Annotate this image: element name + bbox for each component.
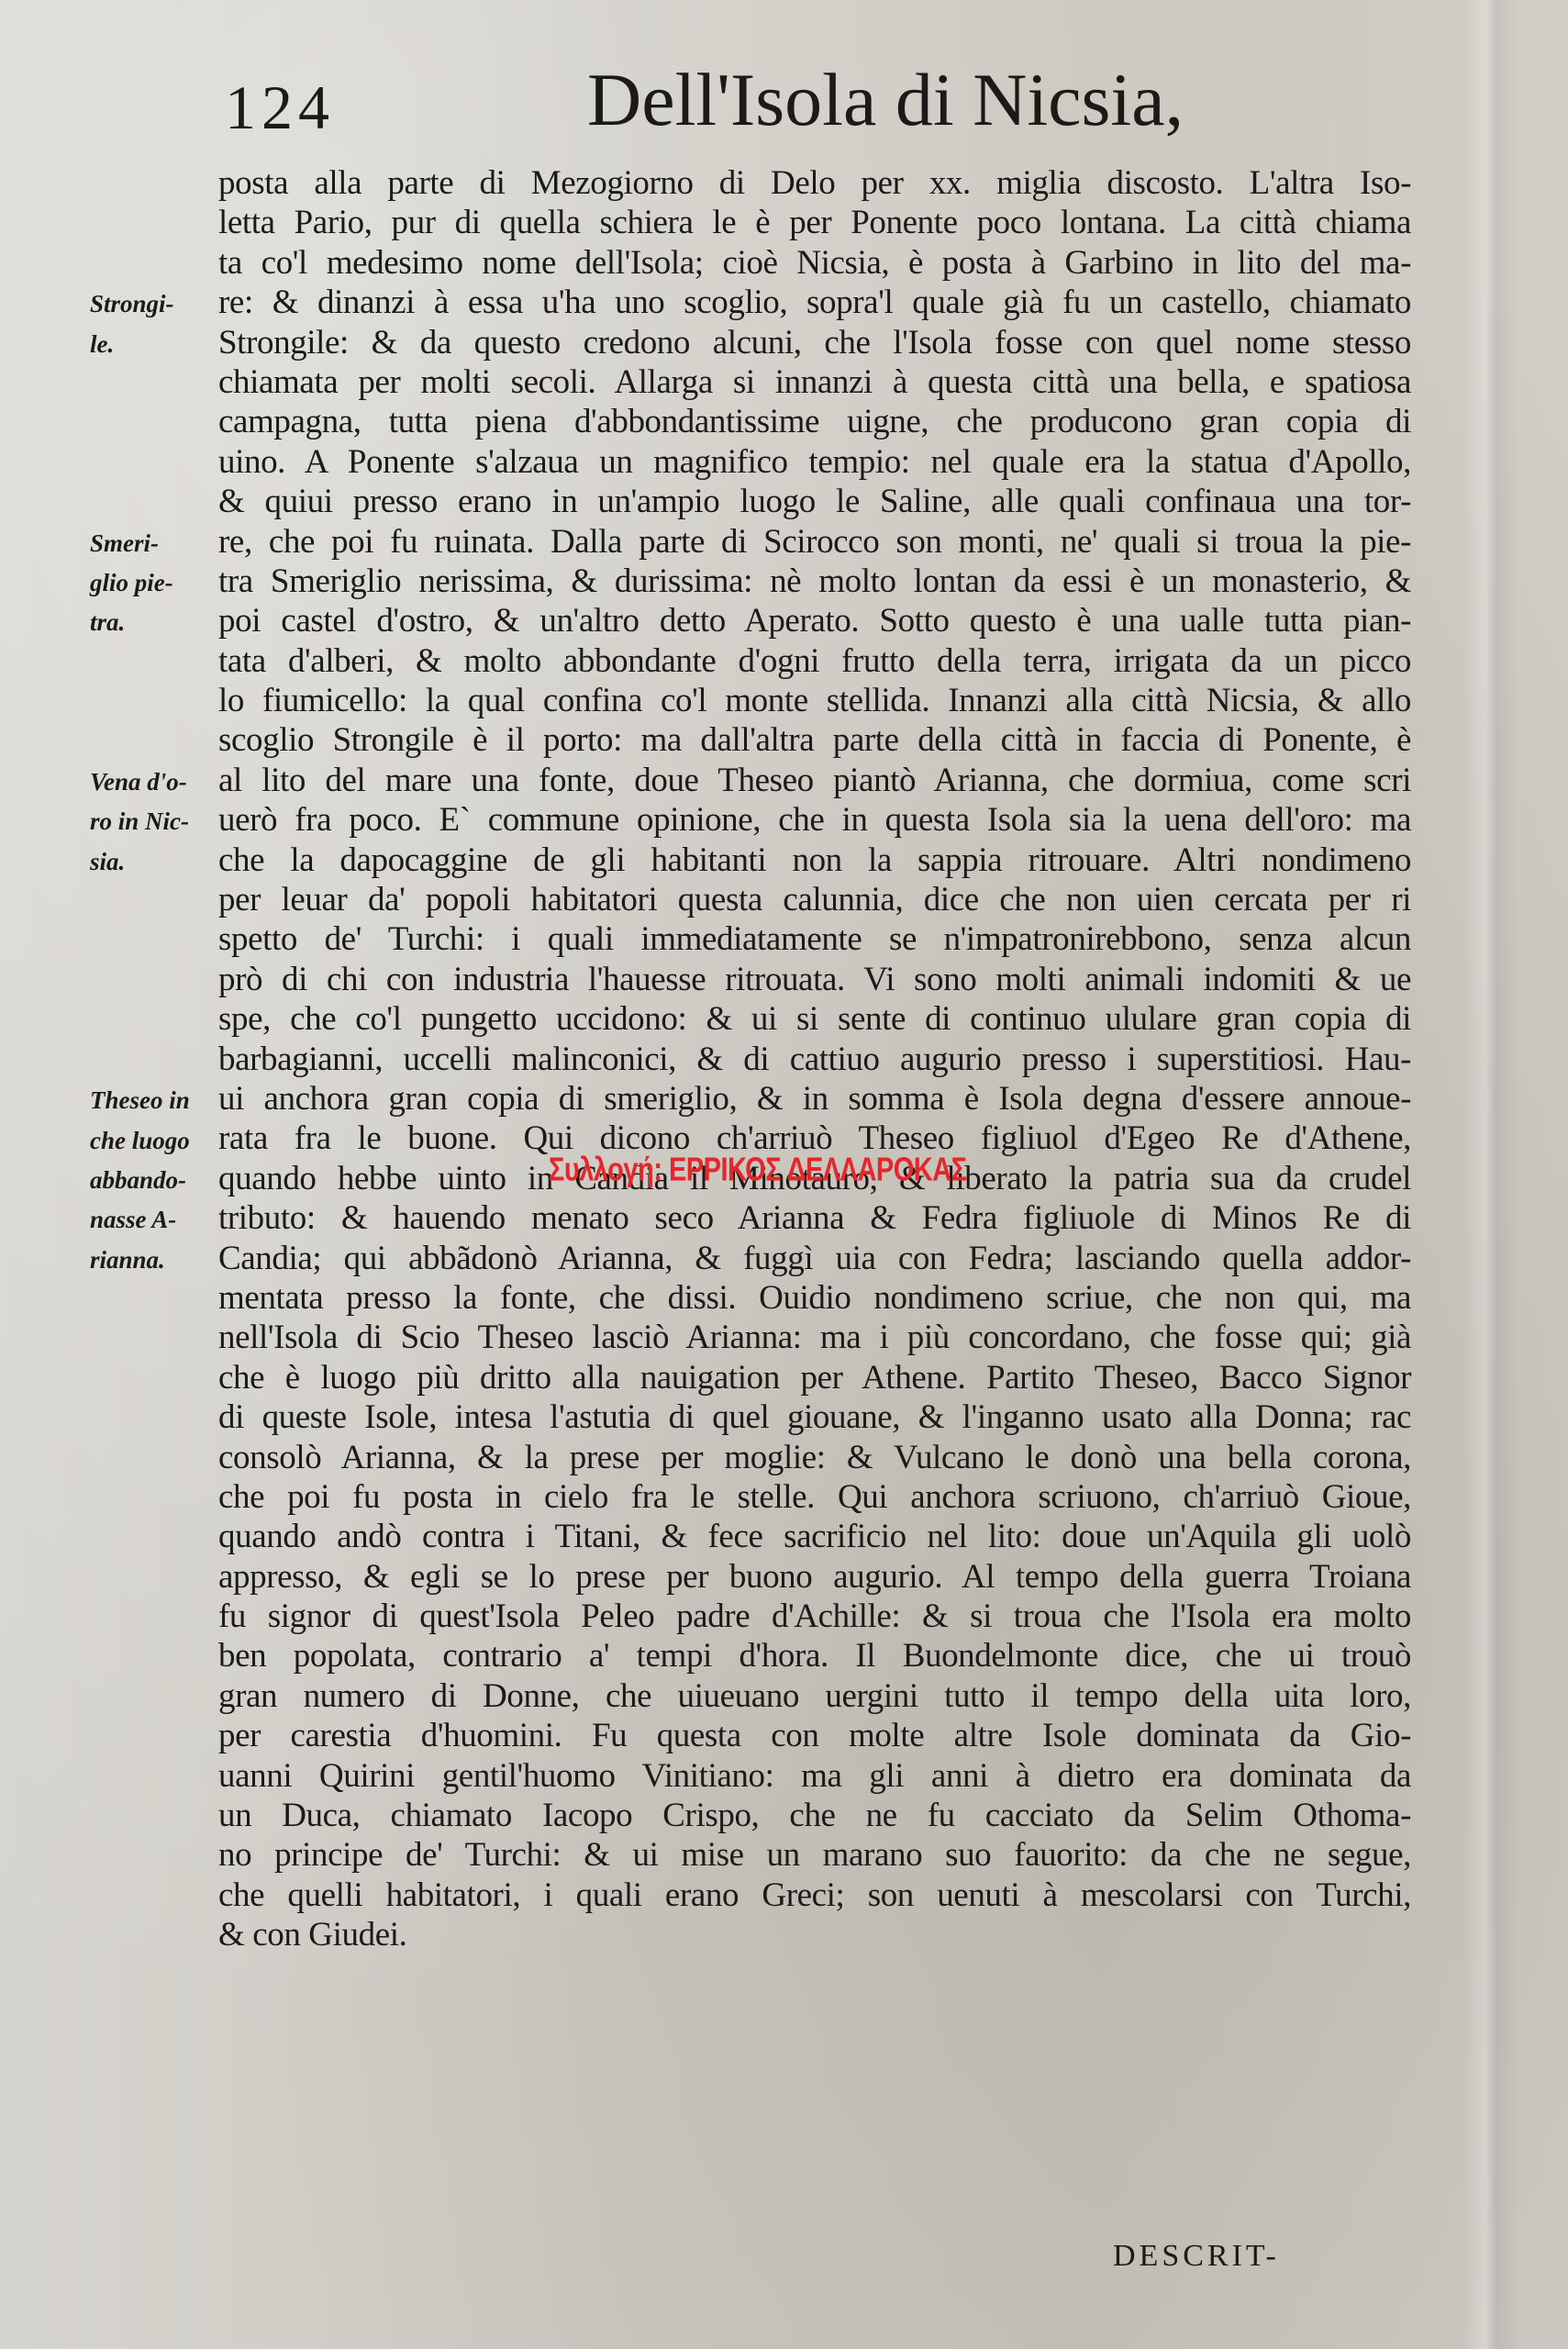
text-line: prò di chi con industria l'hauesse ritro… xyxy=(218,960,1411,999)
text-line: posta alla parte di Mezogiorno di Delo p… xyxy=(218,163,1411,203)
text-line: no principe de' Turchi: & ui mise un mar… xyxy=(218,1835,1411,1875)
collection-watermark: Συλλογή: ΕΡΡΙΚΟΣ ΔΕΛΛΑΡΟΚΑΣ xyxy=(549,1152,967,1189)
text-line: fu signor di quest'Isola Peleo padre d'A… xyxy=(218,1597,1411,1636)
text-line: per carestia d'huomini. Fu questa con mo… xyxy=(218,1716,1411,1755)
text-line: ben popolata, contrario a' tempi d'hora.… xyxy=(218,1636,1411,1675)
text-line: un Duca, chiamato Iacopo Crispo, che ne … xyxy=(218,1796,1411,1835)
text-line: che poi fu posta in cielo fra le stelle.… xyxy=(218,1477,1411,1517)
text-line: quando andò contra i Titani, & fece sacr… xyxy=(218,1517,1411,1556)
marginal-note: Smeri-glio pie-tra. xyxy=(90,524,218,643)
text-line: re, che poi fu ruinata. Dalla parte di S… xyxy=(218,522,1411,562)
page-number: 124 xyxy=(225,72,335,144)
text-line: poi castel d'ostro, & un'altro detto Ape… xyxy=(218,601,1411,640)
text-line: uanni Quirini gentil'huomo Vinitiano: ma… xyxy=(218,1756,1411,1796)
page-fold-shadow xyxy=(1463,0,1518,2349)
marginal-note-line: abbando- xyxy=(90,1161,218,1200)
text-line: appresso, & egli se lo prese per buono a… xyxy=(218,1557,1411,1597)
text-line: al lito del mare una fonte, doue Theseo … xyxy=(218,761,1411,800)
text-line: gran numero di Donne, che uiueuano uergi… xyxy=(218,1676,1411,1716)
text-line: letta Pario, pur di quella schiera le è … xyxy=(218,203,1411,242)
text-line: & con Giudei. xyxy=(218,1915,1411,1954)
text-line: scoglio Strongile è il porto: ma dall'al… xyxy=(218,720,1411,760)
marginal-note-line: Theseo in xyxy=(90,1081,218,1120)
text-line: & quiui presso erano in un'ampio luogo l… xyxy=(218,482,1411,521)
body-text: posta alla parte di Mezogiorno di Delo p… xyxy=(218,163,1411,1955)
marginal-note-line: Smeri- xyxy=(90,524,218,563)
text-line: che quelli habitatori, i quali erano Gre… xyxy=(218,1876,1411,1915)
text-line: per leuar da' popoli habitatori questa c… xyxy=(218,880,1411,919)
text-line: Candia; qui abbãdonò Arianna, & fuggì ui… xyxy=(218,1239,1411,1278)
marginal-note-line: le. xyxy=(90,325,218,364)
text-line: ui anchora gran copia di smeriglio, & in… xyxy=(218,1079,1411,1119)
text-line: Strongile: & da questo credono alcuni, c… xyxy=(218,323,1411,362)
marginal-note: Strongi-le. xyxy=(90,284,218,364)
text-line: chiamata per molti secoli. Allarga si in… xyxy=(218,362,1411,402)
text-line: barbagianni, uccelli malinconici, & di c… xyxy=(218,1040,1411,1079)
text-line: campagna, tutta piena d'abbondantissime … xyxy=(218,402,1411,441)
text-line: uino. A Ponente s'alzaua un magnifico te… xyxy=(218,442,1411,482)
text-line: spe, che co'l pungetto uccidono: & ui si… xyxy=(218,999,1411,1039)
text-line: uerò fra poco. E` commune opinione, che … xyxy=(218,800,1411,840)
catchword: DESCRIT- xyxy=(1113,2239,1280,2274)
marginal-note: Vena d'o-ro in Nic-sia. xyxy=(90,763,218,882)
text-line: nell'Isola di Scio Theseo lasciò Arianna… xyxy=(218,1318,1411,1357)
text-line: mentata presso la fonte, che dissi. Ouid… xyxy=(218,1278,1411,1318)
text-line: spetto de' Turchi: i quali immediatament… xyxy=(218,919,1411,959)
text-line: re: & dinanzi à essa u'ha uno scoglio, s… xyxy=(218,283,1411,322)
text-line: ta co'l medesimo nome dell'Isola; cioè N… xyxy=(218,243,1411,283)
text-line: che è luogo più dritto alla nauigation p… xyxy=(218,1358,1411,1397)
marginal-note-line: nasse A- xyxy=(90,1200,218,1240)
text-line: di queste Isole, intesa l'astutia di que… xyxy=(218,1397,1411,1437)
text-line: lo fiumicello: la qual confina co'l mont… xyxy=(218,681,1411,720)
running-title: Dell'Isola di Nicsia, xyxy=(587,57,1184,143)
marginal-note-line: Vena d'o- xyxy=(90,763,218,802)
marginal-note-line: Strongi- xyxy=(90,284,218,324)
marginal-note-line: che luogo xyxy=(90,1121,218,1161)
marginal-note-line: glio pie- xyxy=(90,563,218,603)
marginal-note-line: ro in Nic- xyxy=(90,802,218,841)
marginal-note-line: tra. xyxy=(90,603,218,642)
text-line: consolò Arianna, & la prese per moglie: … xyxy=(218,1438,1411,1477)
marginal-note-line: sia. xyxy=(90,842,218,882)
text-line: tributo: & hauendo menato seco Arianna &… xyxy=(218,1198,1411,1238)
text-line: che la dapocaggine de gli habitanti non … xyxy=(218,841,1411,880)
marginal-note-line: rianna. xyxy=(90,1241,218,1280)
marginal-note: Theseo inche luogoabbando-nasse A-rianna… xyxy=(90,1081,218,1280)
text-line: tra Smeriglio nerissima, & durissima: nè… xyxy=(218,562,1411,601)
text-line: tata d'alberi, & molto abbondante d'ogni… xyxy=(218,641,1411,681)
